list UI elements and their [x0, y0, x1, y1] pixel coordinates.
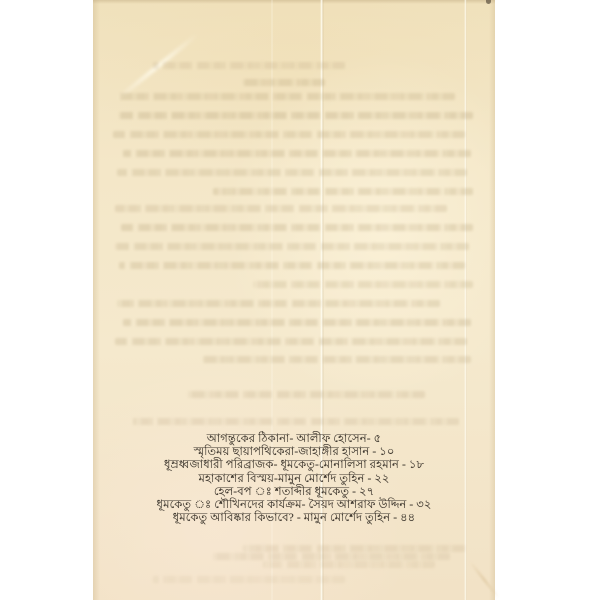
bleed-through-row — [115, 338, 467, 345]
toc-entry: স্মৃতিময় ছায়াপথিকেরা-জাহাঙ্গীর হাসান -… — [93, 446, 495, 459]
bleed-through-row — [123, 319, 471, 326]
bleed-through-row — [123, 150, 471, 157]
book-page: আগন্তুকের ঠিকানা- আলীফ হোসেন- ৫ স্মৃতিময… — [93, 0, 495, 600]
bleed-through-row — [113, 131, 465, 138]
bleed-through-row — [119, 112, 473, 119]
bleed-through-row — [188, 391, 425, 398]
toc-entry: আগন্তুকের ঠিকানা- আলীফ হোসেন- ৫ — [93, 433, 495, 446]
bleed-through-row — [213, 188, 473, 195]
toc-entry: ধূমকেতু আবিষ্কার কিভাবে? - মামুন মোর্শেদ… — [93, 512, 495, 525]
bleed-through-row — [213, 553, 450, 560]
bleed-through-row — [263, 561, 435, 568]
toc-entry: হেল-বপ ঃ শতাব্দীর ধূমকেতু - ২৭ — [93, 486, 495, 499]
toc-entry: ধূমকেতু ঃ শৌখিনদের কার্যক্রম- সৈয়দ আশরা… — [93, 499, 495, 512]
bleed-through-row — [115, 93, 455, 100]
bleed-through-row — [203, 356, 471, 363]
bleed-through-row — [153, 62, 345, 69]
bleed-through-row — [133, 418, 459, 425]
bleed-through-row — [253, 281, 473, 288]
scanner-background: আগন্তুকের ঠিকানা- আলীফ হোসেন- ৫ স্মৃতিময… — [0, 0, 600, 600]
toc-entry: ধূম্রধ্বজাধারী পরিব্রাজক- ধূমকেতু-মোনালি… — [93, 459, 495, 472]
toc-entry: মহাকাশের বিস্ময়-মামুন মোর্শেদ তুহিন - ২… — [93, 473, 495, 486]
bleed-through-row — [119, 262, 465, 269]
bleed-through-row — [243, 79, 325, 86]
table-of-contents: আগন্তুকের ঠিকানা- আলীফ হোসেন- ৫ স্মৃতিময… — [93, 433, 495, 525]
bleed-through-row — [117, 300, 440, 307]
bleed-through-row — [117, 169, 467, 176]
bleed-through-row — [115, 243, 469, 250]
bleed-through-row — [121, 224, 473, 231]
bleed-through-row — [115, 205, 447, 212]
bleed-through-row — [243, 545, 465, 552]
bleed-through-row — [153, 576, 345, 583]
